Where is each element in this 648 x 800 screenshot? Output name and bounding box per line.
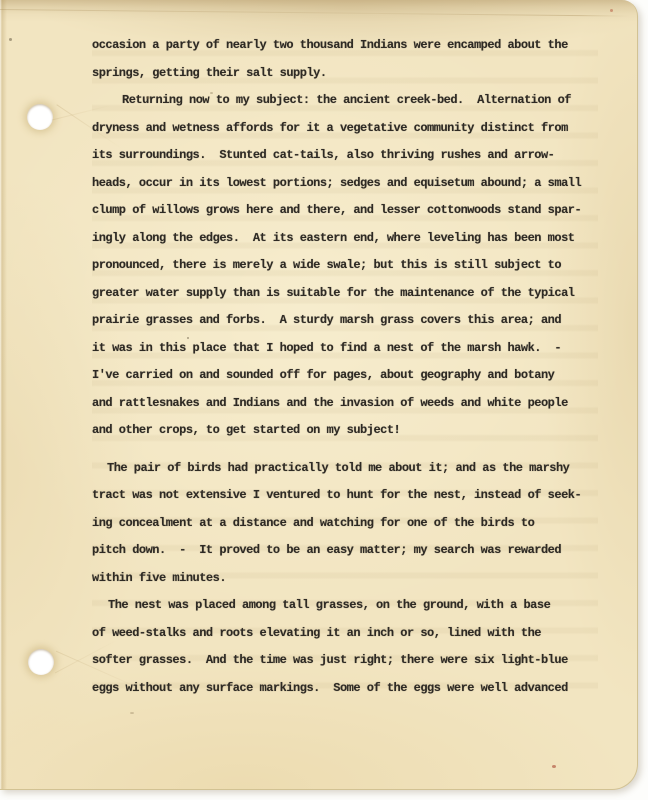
- paper-left-edge: [0, 0, 7, 789]
- typed-line: softer grasses. And the time was just ri…: [92, 647, 598, 675]
- typed-line: The pair of birds had practically told m…: [92, 455, 598, 483]
- punch-hole-top: [27, 104, 53, 130]
- typed-line: I've carried on and sounded off for page…: [92, 362, 598, 390]
- paper-speck: [187, 337, 189, 339]
- typed-line: greater water supply than is suitable fo…: [92, 280, 598, 308]
- typed-line: pronounced, there is merely a wide swale…: [92, 252, 598, 280]
- typed-line: ing concealment at a distance and watchi…: [92, 510, 598, 538]
- paper-speck: [130, 712, 134, 714]
- typed-line: and other crops, to get started on my su…: [92, 417, 598, 445]
- typed-line: of weed-stalks and roots elevating it an…: [92, 620, 598, 648]
- typed-line: eggs without any surface markings. Some …: [92, 675, 598, 703]
- paper-speck: [9, 38, 12, 41]
- typed-line: ingly along the edges. At its eastern en…: [92, 225, 598, 253]
- paper-speck: [210, 92, 213, 94]
- typed-line: The nest was placed among tall grasses, …: [92, 592, 598, 620]
- typed-line: Returning now to my subject: the ancient…: [92, 87, 598, 115]
- paper-top-fold-crease: [0, 9, 630, 17]
- typed-line: occasion a party of nearly two thousand …: [92, 32, 598, 60]
- typed-line: heads, occur in its lowest portions; sed…: [92, 170, 598, 198]
- paragraph: occasion a party of nearly two thousand …: [92, 32, 598, 87]
- punch-hole-bottom: [28, 649, 54, 675]
- typed-text: occasion a party of nearly two thousand …: [92, 32, 598, 702]
- typed-line: tract was not extensive I ventured to hu…: [92, 482, 598, 510]
- typed-line: clump of willows grows here and there, a…: [92, 197, 598, 225]
- paragraph: Returning now to my subject: the ancient…: [92, 87, 598, 445]
- typed-line: its surroundings. Stunted cat-tails, als…: [92, 142, 598, 170]
- typed-line: within five minutes.: [92, 565, 598, 593]
- typed-line: dryness and wetness affords for it a veg…: [92, 115, 598, 143]
- paper-page: occasion a party of nearly two thousand …: [0, 0, 638, 790]
- typed-line: pitch down. - It proved to be an easy ma…: [92, 537, 598, 565]
- typed-line: it was in this place that I hoped to fin…: [92, 335, 598, 363]
- paper-speck: [146, 96, 150, 99]
- paper-speck: [610, 9, 613, 12]
- typed-line: springs, getting their salt supply.: [92, 60, 598, 88]
- paragraph: The nest was placed among tall grasses, …: [92, 592, 598, 702]
- paper-speck: [552, 765, 556, 768]
- typed-line: prairie grasses and forbs. A sturdy mars…: [92, 307, 598, 335]
- typed-line: and rattlesnakes and Indians and the inv…: [92, 390, 598, 418]
- paragraph: The pair of birds had practically told m…: [92, 455, 598, 593]
- scan-background: occasion a party of nearly two thousand …: [0, 0, 648, 800]
